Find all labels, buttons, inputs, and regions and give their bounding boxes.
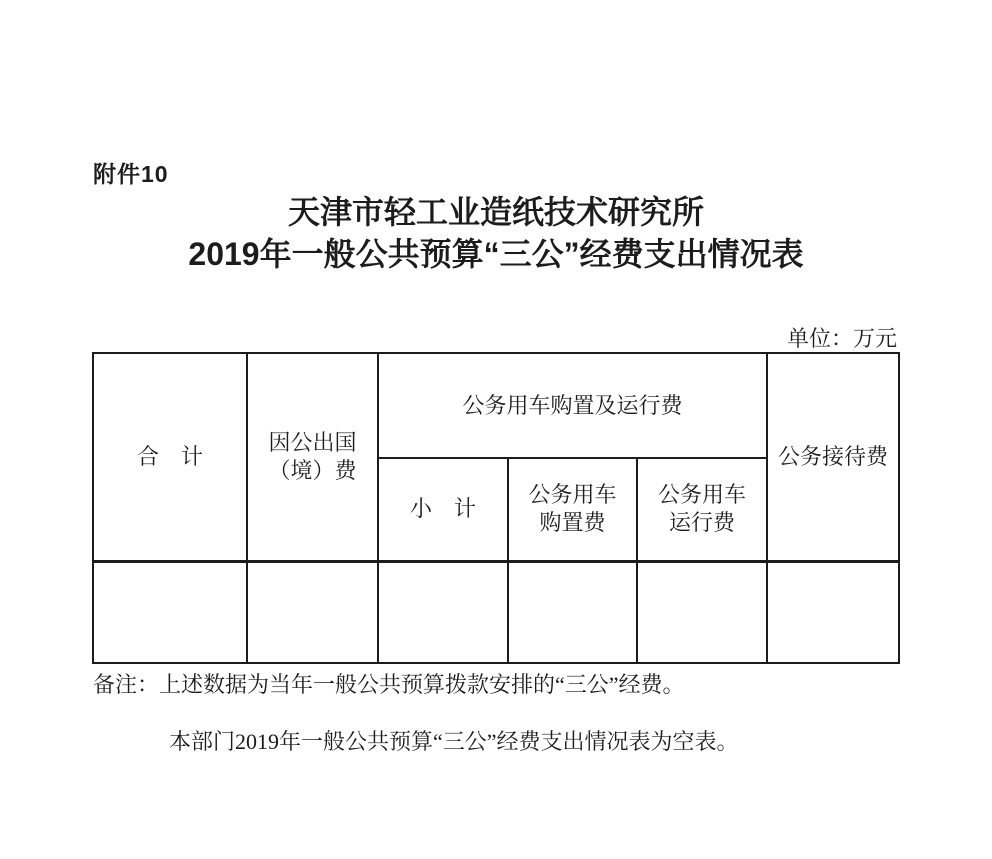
data-cell-vehicle-purchase: [508, 561, 637, 663]
data-cell-vehicle-subtotal: [378, 561, 508, 663]
data-cell-total: [93, 561, 247, 663]
header-cell-vehicle-subtotal: 小 计: [378, 458, 508, 561]
header-row-group: 合 计 因公出国 （境）费 公务用车购置及运行费 公务接待费: [93, 353, 899, 458]
header-cell-vehicle-operation: 公务用车 运行费: [637, 458, 767, 561]
table-data-row: [93, 561, 899, 663]
expense-table: 合 计 因公出国 （境）费 公务用车购置及运行费 公务接待费 小 计 公务用车 …: [92, 352, 900, 664]
attachment-label: 附件10: [93, 160, 169, 188]
header-cell-reception: 公务接待费: [767, 353, 899, 561]
data-cell-reception: [767, 561, 899, 663]
header-cell-vehicle-group: 公务用车购置及运行费: [378, 353, 767, 458]
document-title-line1: 天津市轻工业造纸技术研究所: [0, 192, 992, 232]
header-cell-abroad: 因公出国 （境）费: [247, 353, 378, 561]
data-cell-vehicle-operation: [637, 561, 767, 663]
data-cell-abroad: [247, 561, 378, 663]
unit-label: 单位：万元: [787, 325, 897, 352]
note-line1: 备注：上述数据为当年一般公共预算拨款安排的“三公”经费。: [93, 671, 685, 699]
header-cell-vehicle-purchase: 公务用车 购置费: [508, 458, 637, 561]
note-line2: 本部门2019年一般公共预算“三公”经费支出情况表为空表。: [169, 728, 739, 756]
header-cell-total: 合 计: [93, 353, 247, 561]
document-title-line2: 2019年一般公共预算“三公”经费支出情况表: [0, 234, 992, 274]
document-page: 附件10 天津市轻工业造纸技术研究所 2019年一般公共预算“三公”经费支出情况…: [0, 0, 992, 859]
